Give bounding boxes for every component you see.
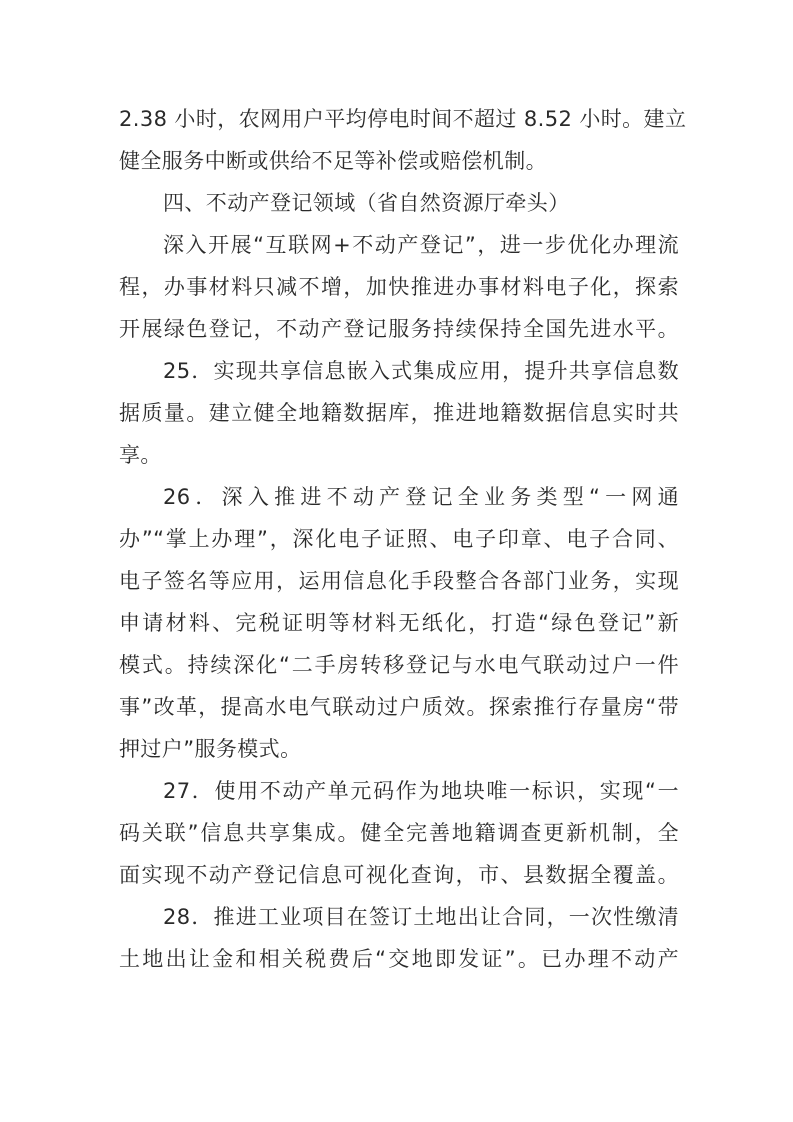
text-line: 押过户”服务模式。 <box>119 734 679 764</box>
document-page: 2.38 小时，农网用户平均停电时间不超过 8.52 小时。建立 健全服务中断或… <box>0 0 793 1122</box>
text-line: 健全服务中断或供给不足等补偿或赔偿机制。 <box>119 146 679 176</box>
text-line: 开展绿色登记，不动产登记服务持续保持全国先进水平。 <box>119 314 679 344</box>
text-line: 享。 <box>119 440 679 470</box>
text-line: 2.38 小时，农网用户平均停电时间不超过 8.52 小时。建立 <box>119 104 679 134</box>
text-line: 事”改革，提高水电气联动过户质效。探索推行存量房“带 <box>119 692 679 722</box>
text-line: 程，办事材料只减不增，加快推进办事材料电子化，探索 <box>119 272 679 302</box>
text-line: 土地出让金和相关税费后“交地即发证”。已办理不动产 <box>119 944 679 974</box>
list-item-27: 27．使用不动产单元码作为地块唯一标识，实现“一 <box>163 776 679 806</box>
text-line: 据质量。建立健全地籍数据库，推进地籍数据信息实时共 <box>119 398 679 428</box>
text-line: 电子签名等应用，运用信息化手段整合各部门业务，实现 <box>119 566 679 596</box>
text-line: 面实现不动产登记信息可视化查询，市、县数据全覆盖。 <box>119 860 679 890</box>
list-item-28: 28．推进工业项目在签订土地出让合同，一次性缴清 <box>163 902 679 932</box>
section-heading: 四、不动产登记领域（省自然资源厅牵头） <box>163 188 679 218</box>
text-line: 模式。持续深化“二手房转移登记与水电气联动过户一件 <box>119 650 679 680</box>
text-line: 申请材料、完税证明等材料无纸化，打造“绿色登记”新 <box>119 608 679 638</box>
text-line: 办”“掌上办理”，深化电子证照、电子印章、电子合同、 <box>119 524 679 554</box>
text-line: 码关联”信息共享集成。健全完善地籍调查更新机制，全 <box>119 818 679 848</box>
list-item-25: 25．实现共享信息嵌入式集成应用，提升共享信息数 <box>163 356 679 386</box>
text-line: 深入开展“互联网+不动产登记”，进一步优化办理流 <box>163 230 679 260</box>
list-item-26: 26．深入推进不动产登记全业务类型“一网通 <box>163 482 679 512</box>
